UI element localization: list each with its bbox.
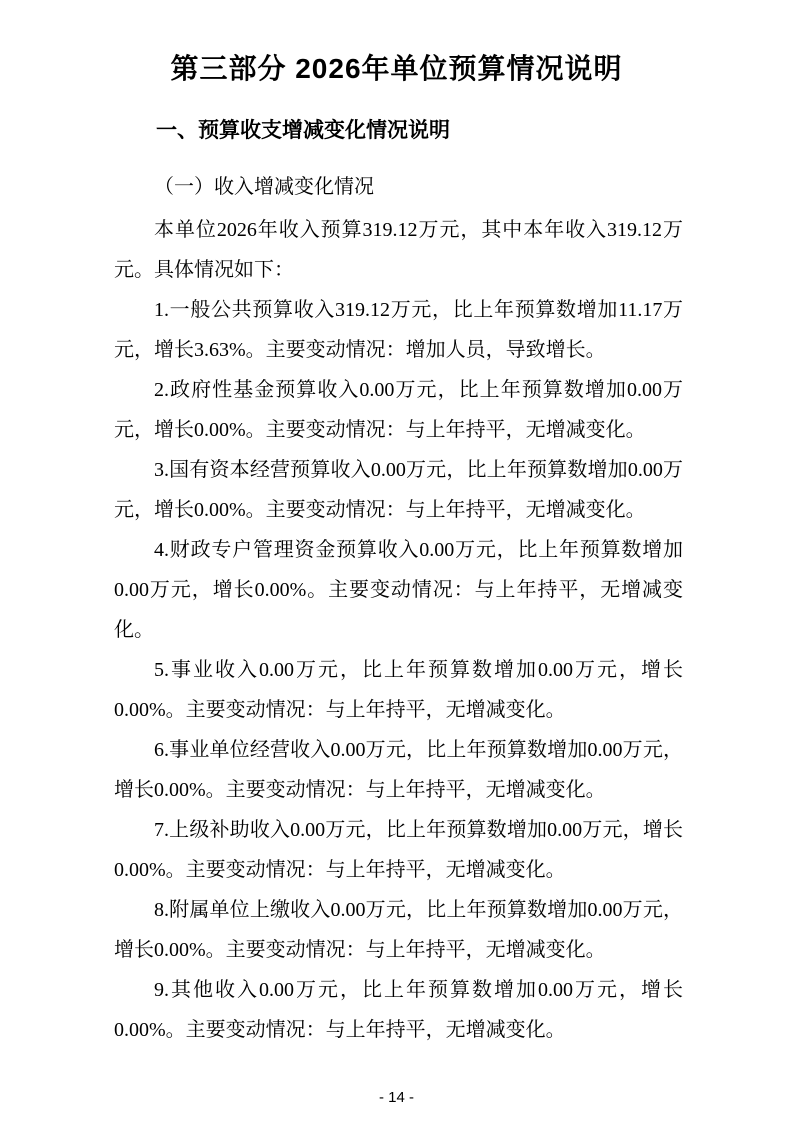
body-paragraph: 5.事业收入0.00万元，比上年预算数增加0.00万元，增长0.00%。主要变动… <box>114 650 683 730</box>
body-paragraph: 8.附属单位上缴收入0.00万元，比上年预算数增加0.00万元，增长0.00%。… <box>114 890 683 970</box>
body-paragraph: 6.事业单位经营收入0.00万元，比上年预算数增加0.00万元，增长0.00%。… <box>114 730 683 810</box>
body-paragraph: 7.上级补助收入0.00万元，比上年预算数增加0.00万元，增长0.00%。主要… <box>114 810 683 890</box>
document-page: 第三部分 2026年单位预算情况说明 一、预算收支增减变化情况说明 （一）收入增… <box>0 0 793 1122</box>
body-paragraph: 9.其他收入0.00万元，比上年预算数增加0.00万元，增长0.00%。主要变动… <box>114 970 683 1050</box>
body-paragraph: 1.一般公共预算收入319.12万元，比上年预算数增加11.17万元，增长3.6… <box>114 290 683 370</box>
section-heading: 一、预算收支增减变化情况说明 <box>114 116 683 146</box>
page-number: - 14 - <box>0 1089 793 1106</box>
body-text-block: 本单位2026年收入预算319.12万元，其中本年收入319.12万元。具体情况… <box>114 210 683 1050</box>
body-paragraph: 本单位2026年收入预算319.12万元，其中本年收入319.12万元。具体情况… <box>114 210 683 290</box>
subsection-heading: （一）收入增减变化情况 <box>114 172 683 202</box>
page-title: 第三部分 2026年单位预算情况说明 <box>0 0 793 88</box>
body-paragraph: 2.政府性基金预算收入0.00万元，比上年预算数增加0.00万元，增长0.00%… <box>114 370 683 450</box>
body-paragraph: 3.国有资本经营预算收入0.00万元，比上年预算数增加0.00万元，增长0.00… <box>114 450 683 530</box>
document-content: 一、预算收支增减变化情况说明 （一）收入增减变化情况 本单位2026年收入预算3… <box>0 116 793 1050</box>
body-paragraph: 4.财政专户管理资金预算收入0.00万元，比上年预算数增加0.00万元，增长0.… <box>114 530 683 650</box>
